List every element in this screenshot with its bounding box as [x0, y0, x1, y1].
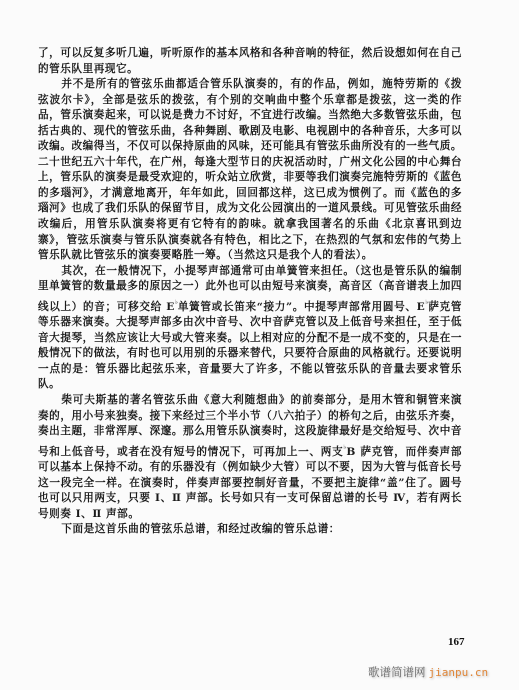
paragraph-3: 其次，在一般情况下，小提琴声部通常可由单簧管来担任。（这也是管乐队的编制里单簧管…	[38, 264, 462, 393]
paragraph-5: 下面是这首乐曲的管弦乐总谱，和经过改编的管乐总谱：	[38, 522, 462, 538]
paragraph-3-text-b: 单簧管或长笛来“接力”。中提琴声部常用圆号、E	[178, 301, 425, 313]
body-text: 了，可以反复多听几遍，听听原作的基本风格和各种音响的特征，然后设想如何在自己的管…	[38, 46, 462, 538]
watermark: 歌谱简谱网jianpu.cn	[368, 664, 488, 680]
paragraph-1: 了，可以反复多听几遍，听听原作的基本风格和各种音响的特征，然后设想如何在自己的管…	[38, 46, 462, 77]
page-number: 167	[448, 636, 465, 648]
watermark-site-name: 歌谱简谱网	[368, 665, 426, 679]
paragraph-4: 柴可夫斯基的著名管弦乐曲《意大利随想曲》的前奏部分，是用木管和铜管来演奏的，用小…	[38, 393, 462, 522]
watermark-domain: jianpu.cn	[429, 666, 489, 679]
paragraph-2: 并不是所有的管弦乐曲都适合管乐队演奏的，有的作品，例如，施特劳斯的《拨弦波尔卡》…	[38, 77, 462, 264]
paragraph-3-text-c: 萨克管等乐器来演奏。大提琴声部多由次中音号、次中音萨克管以及上低音号来担任，至于…	[38, 301, 462, 391]
book-page: 了，可以反复多听几遍，听听原作的基本风格和各种音响的特征，然后设想如何在自己的管…	[0, 0, 519, 690]
